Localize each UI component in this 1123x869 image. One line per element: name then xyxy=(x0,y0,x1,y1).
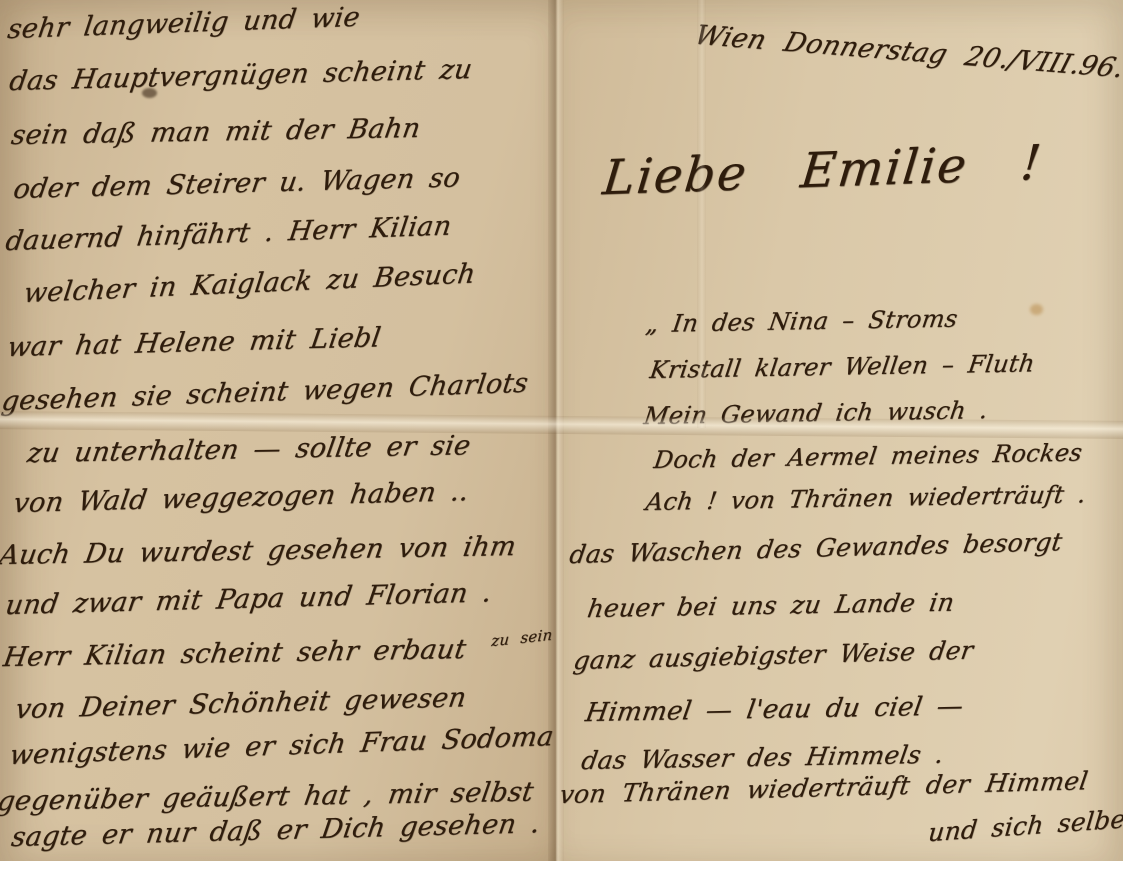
letter-page-right xyxy=(556,0,1123,861)
letter-scan: sehr langweilig und wie das Hauptvergnüg… xyxy=(0,0,1123,861)
scan-bottom-edge xyxy=(0,861,1123,869)
poem-line: „ In des Nina – Stroms xyxy=(644,305,959,339)
